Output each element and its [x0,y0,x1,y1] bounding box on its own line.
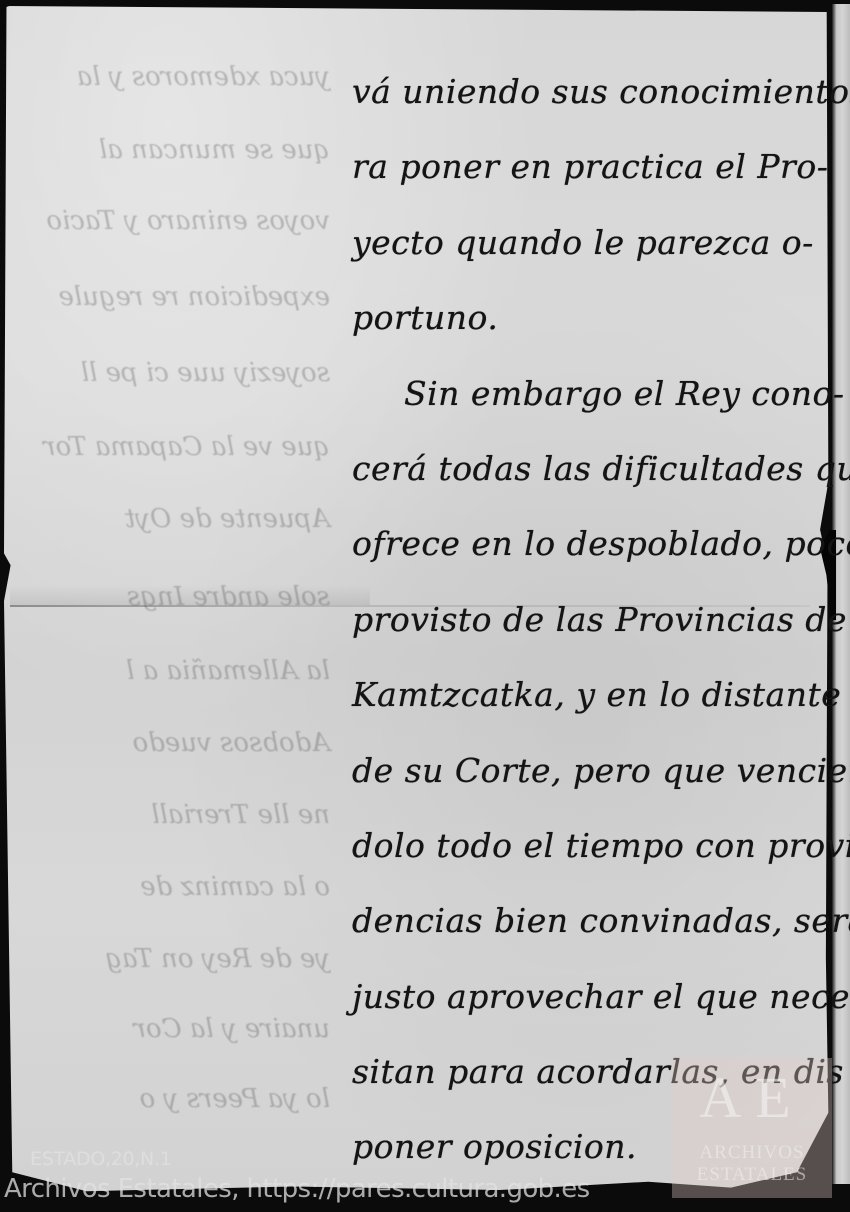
text-line: justo aprovechar el que nece- [352,971,822,1046]
handwritten-text-block: vá uniendo sus conocimientos pa ra poner… [352,66,822,1197]
document-reference: ESTADO,20,N.1 [30,1148,171,1170]
archive-logo-text: ARCHIVOS [674,1142,830,1164]
text-line: dolo todo el tiempo con provi- [352,820,822,895]
text-line: ra poner en practica el Pro- [352,141,822,216]
citation-watermark: ESTADO,20,N.1 Archivos Estatales, https:… [30,1148,171,1170]
paragraph-start-line: Sin embargo el Rey cono- [352,368,822,443]
manuscript-scan: yuca xdemoros y la que se muncan al voyo… [0,0,850,1212]
archive-logo-icon: AE [672,1064,832,1131]
fold-shadow [10,585,370,605]
archive-logo-watermark: AE ARCHIVOS ESTATALES [672,1058,832,1198]
text-line: de su Corte, pero que vencien [352,745,822,820]
text-line: vá uniendo sus conocimientos pa [352,66,822,141]
text-line: cerá todas las dificultades que [352,443,822,518]
archive-source: Archivos Estatales, https://pares.cultur… [4,1174,590,1204]
archive-logo-text: ESTATALES [674,1164,830,1186]
text-line: ofrece en lo despoblado, poco [352,518,822,593]
text-line: Kamtzcatka, y en lo distante [352,669,822,744]
text-line: dencias bien convinadas, será [352,895,822,970]
text-line: portuno. [352,292,822,367]
text-line: provisto de las Provincias de [352,594,822,669]
text-line: yecto quando le parezca o- [352,217,822,292]
